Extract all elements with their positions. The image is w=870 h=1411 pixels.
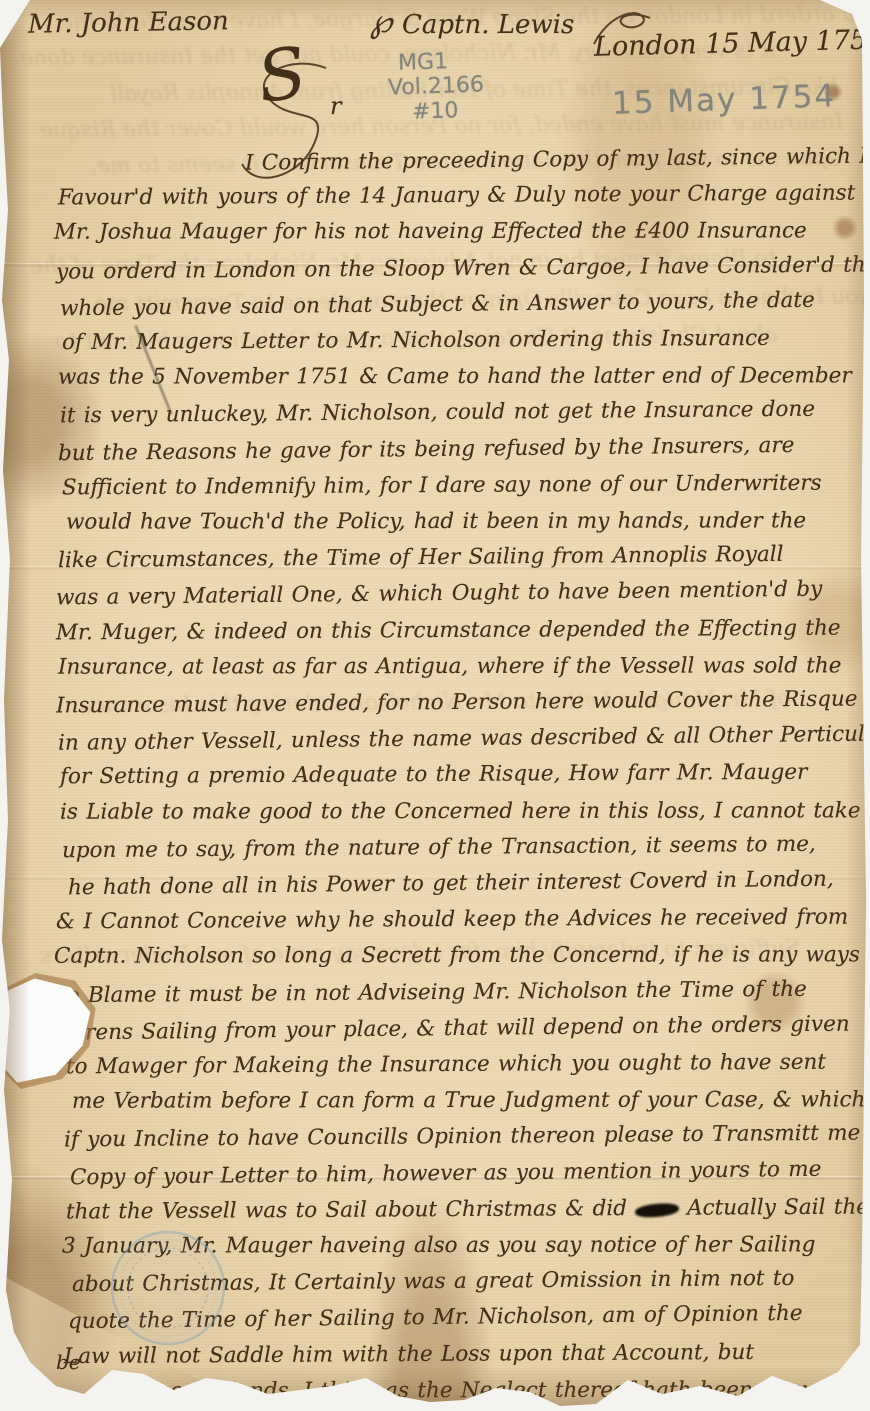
edge-shading <box>0 0 870 1411</box>
scan-background: you orderd in London on the Sloop Wren &… <box>0 0 870 1411</box>
letter-page: you orderd in London on the Sloop Wren &… <box>0 0 870 1411</box>
